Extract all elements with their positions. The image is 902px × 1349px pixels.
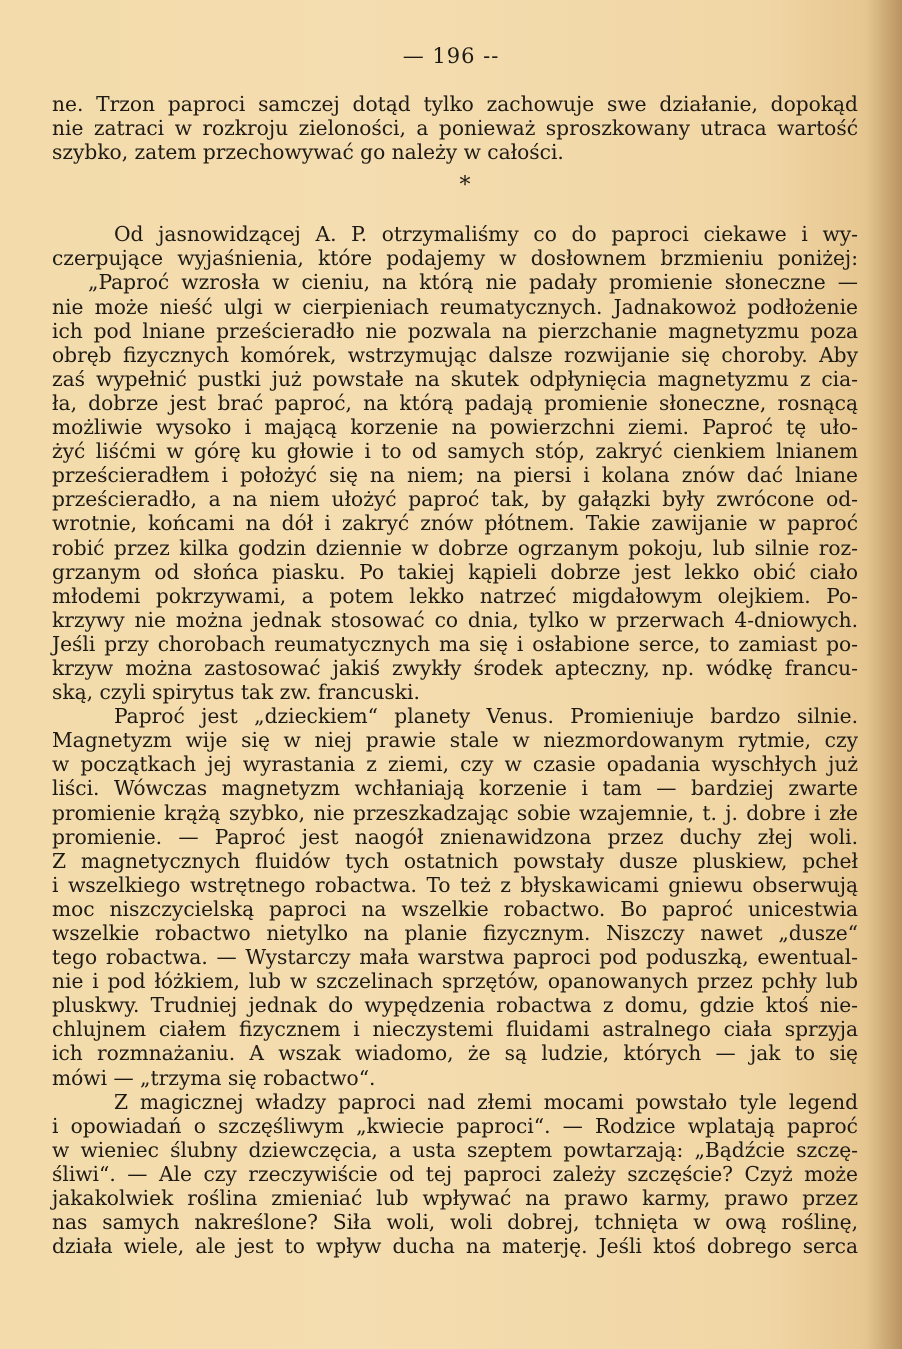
text-line: krzyw można zastosować jakiś zwykły środ…	[52, 656, 858, 680]
text-line: promienie krążą szybko, nie przeszkadzaj…	[52, 801, 858, 825]
text-line: Z magicznej władzy paproci nad złemi moc…	[52, 1090, 858, 1114]
text-line: możliwie wysoko i mającą korzenie na pow…	[52, 415, 858, 439]
text-line: ich rozmnażaniu. A wszak wiadomo, że są …	[52, 1041, 858, 1065]
text-line: młodemi pokrzywami, a potem lekko natrze…	[52, 584, 858, 608]
text-line: w początkach jej wyrastania z ziemi, czy…	[52, 752, 858, 776]
text-line: obręb fizycznych komórek, wstrzymując da…	[52, 343, 858, 367]
text-line: Jeśli przy chorobach reumatycznych ma si…	[52, 632, 858, 656]
text-line: grzanym od słońca piasku. Po takiej kąpi…	[52, 560, 858, 584]
text-line: wszelkie robactwo nietylko na planie fiz…	[52, 921, 858, 945]
text-line: Od jasnowidzącej A. P. otrzymaliśmy co d…	[52, 222, 858, 246]
section-separator-asterisk: *	[52, 164, 858, 200]
text-line: śliwi“. — Ale czy rzeczywiście od tej pa…	[52, 1162, 858, 1186]
text-line: czerpujące wyjaśnienia, które podajemy w…	[52, 246, 858, 270]
text-line: w wieniec ślubny dziewczęcia, a usta sze…	[52, 1138, 858, 1162]
text-line: prześcieradło, a na niem ułożyć paproć t…	[52, 487, 858, 511]
text-line: nie może nieść ulgi w cierpieniach reuma…	[52, 295, 858, 319]
text-line: Paproć jest „dzieckiem“ planety Venus. P…	[52, 704, 858, 728]
text-line: nas samych nakreślone? Siła woli, woli d…	[52, 1210, 858, 1234]
text-line: krzywy nie można jednak stosować co dnia…	[52, 608, 858, 632]
text-line: Magnetyzm wije się w niej prawie stale w…	[52, 728, 858, 752]
text-line: nie i pod łóżkiem, lub w szczelinach spr…	[52, 969, 858, 993]
text-line: prześcieradłem i położyć się na niem; na…	[52, 463, 858, 487]
text-line: ne. Trzon paproci samczej dotąd tylko za…	[52, 92, 858, 116]
text-line: liści. Wówczas magnetyzm wchłaniają korz…	[52, 776, 858, 800]
text-line: mówi — „trzyma się robactwo“.	[52, 1066, 858, 1090]
text-line: zaś wypełnić pustki już powstałe na skut…	[52, 367, 858, 391]
text-line: nie zatraci w rozkroju zieloności, a pon…	[52, 116, 858, 140]
text-line: pluskwy. Trudniej jednak do wypędzenia r…	[52, 993, 858, 1017]
text-line: ła, dobrze jest brać paproć, na którą pa…	[52, 391, 858, 415]
text-line: szybko, zatem przechowywać go należy w c…	[52, 140, 858, 164]
text-line: robić przez kilka godzin dziennie w dobr…	[52, 536, 858, 560]
text-line: moc niszczycielską paproci na wszelkie r…	[52, 897, 858, 921]
text-line: ską, czyli spirytus tak zw. francuski.	[52, 680, 858, 704]
text-line: chlujnem ciałem fizycznem i nieczystemi …	[52, 1017, 858, 1041]
text-line: wrotnie, końcami na dół i zakryć znów pł…	[52, 511, 858, 535]
text-line: działa wiele, ale jest to wpływ ducha na…	[52, 1234, 858, 1258]
page-number: — 196 --	[0, 44, 902, 68]
text-line: i opowiadań o szczęśliwym „kwiecie papro…	[52, 1114, 858, 1138]
page-text: ne. Trzon paproci samczej dotąd tylko za…	[52, 92, 858, 1258]
text-line: jakakolwiek roślina zmieniać lub wpływać…	[52, 1186, 858, 1210]
text-line: ich pod lniane prześcieradło nie pozwala…	[52, 319, 858, 343]
text-line: „Paproć wzrosła w cieniu, na którą nie p…	[52, 270, 858, 294]
text-line: żyć liśćmi w górę ku głowie i to od samy…	[52, 439, 858, 463]
text-line: Z magnetycznych fluidów tych ostatnich p…	[52, 849, 858, 873]
text-line: i wszelkiego wstrętnego robactwa. To też…	[52, 873, 858, 897]
text-line: promienie. — Paproć jest naogół znienawi…	[52, 825, 858, 849]
text-line: tego robactwa. — Wystarczy mała warstwa …	[52, 945, 858, 969]
